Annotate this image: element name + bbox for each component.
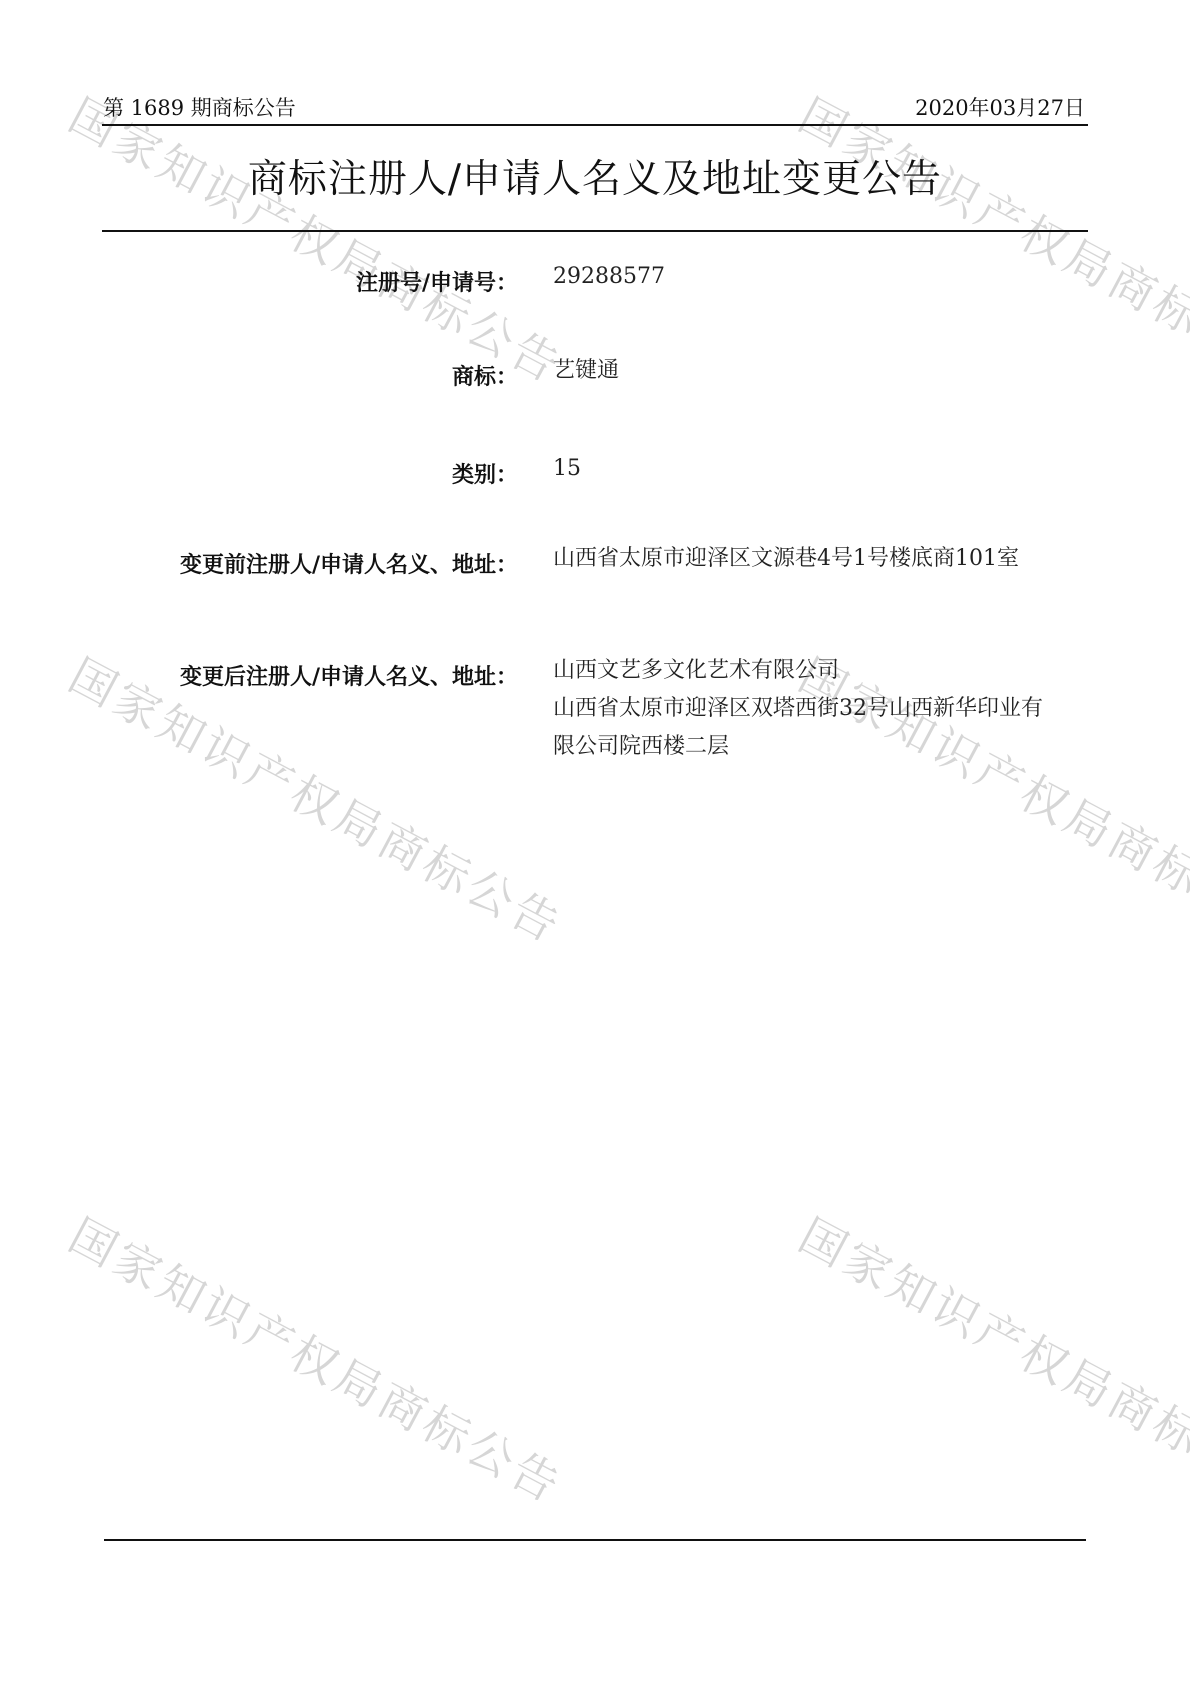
- issue-number: 第 1689 期商标公告: [103, 92, 296, 122]
- registration-number-value: 29288577: [553, 258, 1093, 296]
- field-value: 15: [553, 450, 1093, 488]
- after-address-line-1: 山西省太原市迎泽区双塔西街32号山西新华印业有: [553, 690, 1093, 728]
- trademark-value: 艺键通: [553, 352, 1093, 390]
- field-label: 注册号/申请号：: [356, 266, 518, 297]
- field-label: 类别：: [452, 458, 518, 489]
- publication-date: 2020年03月27日: [915, 92, 1085, 122]
- class-value: 15: [553, 450, 1093, 488]
- field-label: 商标：: [452, 360, 518, 391]
- watermark: 国家知识产权局商标公告: [789, 80, 1190, 396]
- field-value: 艺键通: [553, 352, 1093, 390]
- field-value: 29288577: [553, 258, 1093, 296]
- watermark: 国家知识产权局商标公告: [59, 1200, 576, 1516]
- before-address-value: 山西省太原市迎泽区文源巷4号1号楼底商101室: [553, 540, 1093, 578]
- field-value: 山西省太原市迎泽区文源巷4号1号楼底商101室: [553, 540, 1093, 578]
- footer-divider: [104, 1539, 1086, 1541]
- field-label: 变更前注册人/申请人名义、地址：: [180, 548, 518, 579]
- title-divider: [102, 230, 1088, 232]
- watermark: 国家知识产权局商标公告: [789, 1200, 1190, 1516]
- after-name-value: 山西文艺多文化艺术有限公司: [553, 652, 1093, 690]
- after-address-line-2: 限公司院西楼二层: [553, 728, 1093, 766]
- field-label: 变更后注册人/申请人名义、地址：: [180, 660, 518, 691]
- page-title: 商标注册人/申请人名义及地址变更公告: [0, 148, 1190, 204]
- header-divider: [102, 124, 1088, 126]
- watermark: 国家知识产权局商标公告: [59, 80, 576, 396]
- field-value: 山西文艺多文化艺术有限公司 山西省太原市迎泽区双塔西街32号山西新华印业有 限公…: [553, 652, 1093, 766]
